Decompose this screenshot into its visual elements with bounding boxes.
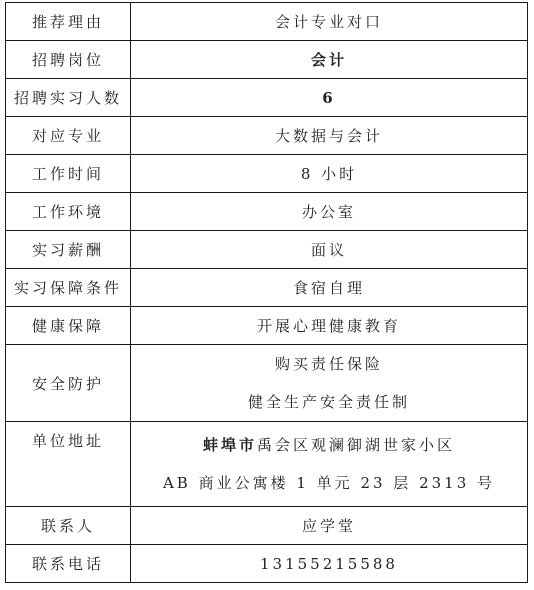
row-work-hours: 工作时间 8 小时: [6, 155, 528, 193]
label-work-environment: 工作环境: [6, 193, 131, 231]
label-work-hours: 工作时间: [6, 155, 131, 193]
value-work-hours: 8 小时: [131, 155, 528, 193]
row-work-environment: 工作环境 办公室: [6, 193, 528, 231]
address-line-2: AB 商业公寓楼 1 单元 23 层 2313 号: [131, 464, 527, 502]
internship-info-table: 推荐理由 会计专业对口 招聘岗位 会计 招聘实习人数 6 对应专业 大数据与会计…: [5, 2, 528, 583]
label-health: 健康保障: [6, 307, 131, 345]
address-line-1-rest: 禹会区观澜御湖世家小区: [257, 436, 455, 454]
value-headcount: 6: [131, 79, 528, 117]
row-support-conditions: 实习保障条件 食宿自理: [6, 269, 528, 307]
label-support-conditions: 实习保障条件: [6, 269, 131, 307]
value-health: 开展心理健康教育: [131, 307, 528, 345]
value-salary: 面议: [131, 231, 528, 269]
value-work-environment: 办公室: [131, 193, 528, 231]
address-line-1: 蚌埠市禹会区观澜御湖世家小区: [131, 426, 527, 464]
safety-line-2: 健全生产安全责任制: [131, 383, 527, 421]
value-phone: 13155215588: [131, 545, 528, 583]
row-contact: 联系人 应学堂: [6, 507, 528, 545]
row-salary: 实习薪酬 面议: [6, 231, 528, 269]
row-headcount: 招聘实习人数 6: [6, 79, 528, 117]
row-phone: 联系电话 13155215588: [6, 545, 528, 583]
label-headcount: 招聘实习人数: [6, 79, 131, 117]
label-address: 单位地址: [6, 422, 131, 507]
label-position: 招聘岗位: [6, 41, 131, 79]
value-position: 会计: [131, 41, 528, 79]
row-major: 对应专业 大数据与会计: [6, 117, 528, 155]
row-safety: 安全防护 购买责任保险 健全生产安全责任制: [6, 345, 528, 422]
value-major: 大数据与会计: [131, 117, 528, 155]
label-salary: 实习薪酬: [6, 231, 131, 269]
label-safety: 安全防护: [6, 345, 131, 422]
address-city: 蚌埠市: [203, 436, 257, 454]
safety-line-1: 购买责任保险: [131, 345, 527, 383]
value-address: 蚌埠市禹会区观澜御湖世家小区 AB 商业公寓楼 1 单元 23 层 2313 号: [131, 422, 528, 507]
row-recommend-reason: 推荐理由 会计专业对口: [6, 3, 528, 41]
row-address: 单位地址 蚌埠市禹会区观澜御湖世家小区 AB 商业公寓楼 1 单元 23 层 2…: [6, 422, 528, 507]
label-phone: 联系电话: [6, 545, 131, 583]
label-major: 对应专业: [6, 117, 131, 155]
value-contact: 应学堂: [131, 507, 528, 545]
value-safety: 购买责任保险 健全生产安全责任制: [131, 345, 528, 422]
row-health: 健康保障 开展心理健康教育: [6, 307, 528, 345]
value-support-conditions: 食宿自理: [131, 269, 528, 307]
label-recommend-reason: 推荐理由: [6, 3, 131, 41]
row-position: 招聘岗位 会计: [6, 41, 528, 79]
label-contact: 联系人: [6, 507, 131, 545]
value-recommend-reason: 会计专业对口: [131, 3, 528, 41]
